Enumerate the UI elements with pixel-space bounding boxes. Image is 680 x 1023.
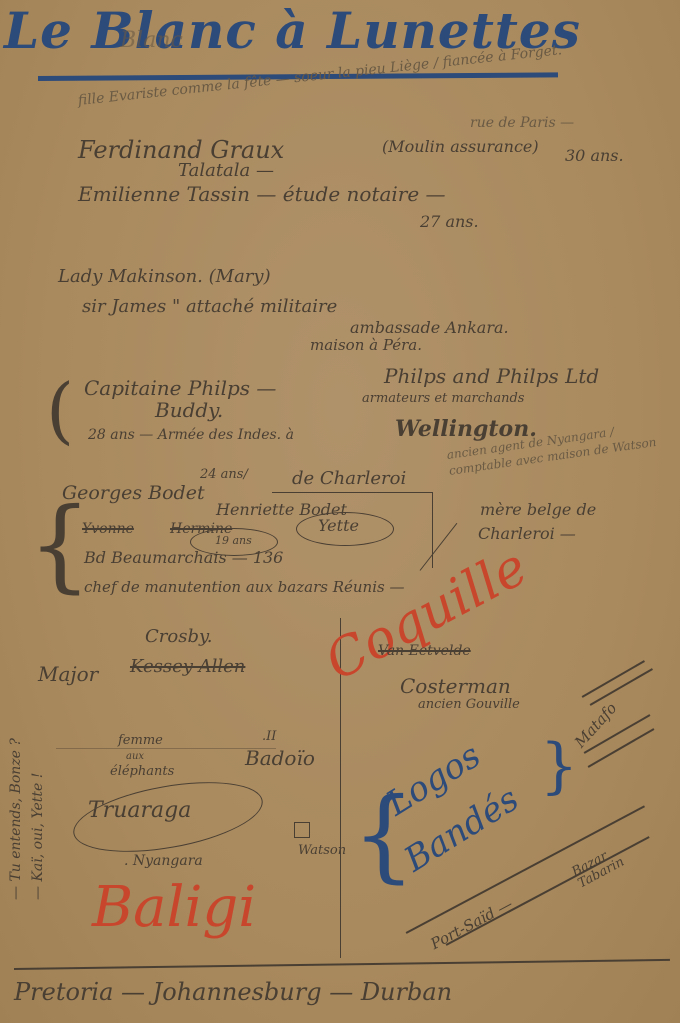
vertical-dialogue-2: — Kaï, oui, Yette ! — [30, 773, 46, 900]
charleroi-underline — [272, 492, 432, 493]
divider-horizontal-bottom — [14, 959, 670, 970]
vertical-dialogue-1: — Tu entends, Bonze ? — [8, 738, 24, 900]
elephants: éléphants — [110, 765, 174, 778]
buddy: Buddy. — [155, 400, 223, 420]
lady-makinson: Lady Makinson. (Mary) — [58, 268, 271, 286]
de-charleroi: de Charleroi — [292, 470, 406, 488]
faint-line — [56, 748, 276, 749]
talatala: Talatala — — [178, 162, 274, 180]
address: Bd Beaumarchais — 136 — [84, 550, 283, 566]
ancien-gouville: ancien Gouville — [418, 698, 520, 711]
chef-manutention: chef de manutention aux bazars Réunis — — [84, 580, 404, 595]
ferdinand-paren: (Moulin assurance) — [382, 138, 552, 156]
note-rue: rue de Paris — — [470, 116, 574, 130]
truaraga: Truaraga — [88, 800, 191, 822]
ferdinand-age: 30 ans. — [565, 148, 624, 164]
crossed-major-name: Kessey Allen — [130, 658, 245, 676]
name-emilienne: Emilienne Tassin — étude notaire — — [78, 184, 446, 204]
manuscript-page: Le Blanc à Lunettes Blanc fille Evariste… — [0, 0, 680, 1023]
watson-box-icon — [294, 822, 310, 838]
footer-cities: Pretoria — Johannesburg — Durban — [14, 980, 452, 1004]
sir-james: sir James " attaché militaire — [82, 298, 337, 316]
yette: Yette — [318, 518, 359, 534]
costerman: Costerman — [400, 676, 511, 696]
badoio: Badoïo — [245, 748, 315, 768]
femme: femme — [118, 734, 163, 747]
capitaine-philps: Capitaine Philps — — [84, 378, 276, 398]
aux: aux — [126, 752, 144, 762]
emilienne-age: 27 ans. — [420, 214, 479, 230]
watson: Watson — [298, 844, 346, 857]
arrow-stroke — [420, 523, 458, 571]
baligi: Baligi — [92, 880, 256, 936]
nyangara: . Nyangara — [124, 854, 203, 868]
major: Major — [38, 664, 98, 684]
matafo: Matafo — [572, 700, 619, 750]
crosby: Crosby. — [145, 628, 212, 646]
maison-pera: maison à Péra. — [310, 338, 422, 353]
bazar-tabarin: Bazar Tabarin — [570, 835, 644, 891]
age-armee: 28 ans — Armée des Indes. à — [88, 428, 294, 442]
mere-belge: mère belge de — [480, 502, 596, 518]
paren-capitaine: ( — [46, 368, 74, 452]
crossed-van-eetvelde: Van Eetvelde — [378, 644, 471, 658]
badoio-mark: .II — [262, 730, 276, 743]
charleroi-2: Charleroi — — [478, 526, 576, 542]
crossed-name-1: Yvonne — [82, 522, 134, 536]
age-24: 24 ans/ — [200, 468, 248, 481]
divider-vertical-4 — [432, 492, 433, 568]
port-said: Port-Saïd — — [428, 897, 515, 953]
armateurs: armateurs et marchands — [362, 392, 524, 405]
wellington: Wellington. — [395, 418, 537, 440]
philps-company: Philps and Philps Ltd — [384, 366, 599, 386]
georges-bodet: Georges Bodet — [62, 484, 205, 503]
title-overwrite: Blanc — [120, 30, 183, 52]
ambassade: ambassade Ankara. — [350, 320, 509, 336]
age-19: 19 ans — [215, 535, 252, 546]
name-ferdinand: Ferdinand Graux — [78, 138, 284, 162]
brace-close: } — [540, 736, 578, 796]
